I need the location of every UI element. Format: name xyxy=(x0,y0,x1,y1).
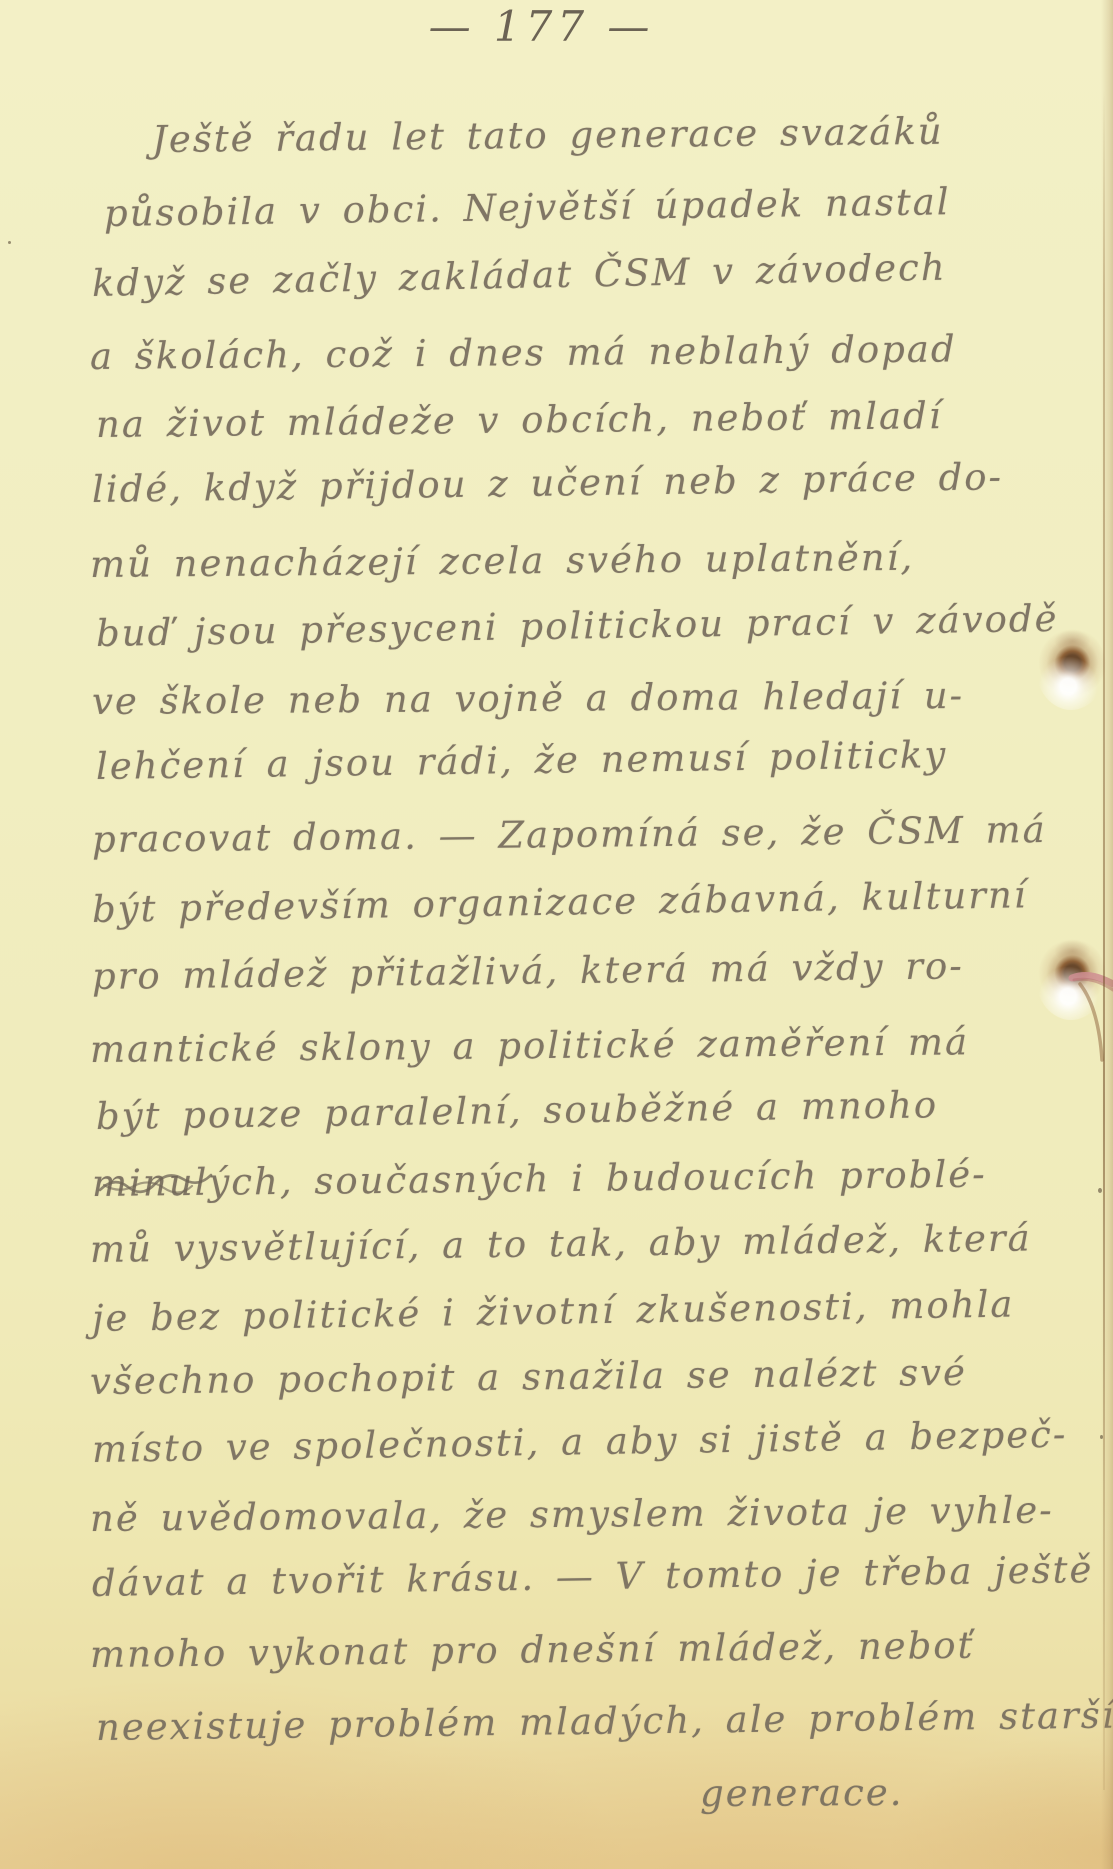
handwritten-line: dávat a tvořit krásu. — V tomto je třeba… xyxy=(92,1548,1094,1605)
handwritten-line: minulých, současných i budoucích problé- xyxy=(92,1153,987,1205)
handwritten-line: Ještě řadu let tato generace svazáků xyxy=(152,110,944,161)
handwritten-line: být pouze paralelní, souběžné a mnoho xyxy=(96,1083,939,1138)
handwritten-line: mnoho vykonat pro dnešní mládež, neboť xyxy=(90,1624,975,1676)
paper-speck xyxy=(1100,1435,1103,1439)
handwritten-line: pracovat doma. — Zapomíná se, že ČSM má xyxy=(92,808,1047,861)
paper-speck xyxy=(1098,1188,1102,1193)
handwritten-line: když se začly zakládat ČSM v závodech xyxy=(92,246,947,305)
handwritten-line: být především organizace zábavná, kultur… xyxy=(92,873,1028,931)
handwritten-line: na život mládeže v obcích, neboť mladí xyxy=(96,394,943,446)
paper-speck xyxy=(8,241,11,244)
page-edge-line xyxy=(1103,90,1105,1790)
handwritten-line: a školách, což i dnes má neblahý dopad xyxy=(90,327,957,378)
punch-hole xyxy=(1036,626,1106,710)
page-number: — 177 — xyxy=(0,2,1083,51)
punch-hole xyxy=(1036,936,1106,1020)
handwritten-line: mantické sklony a politické zaměření má xyxy=(90,1020,969,1071)
handwritten-line: mů vysvětlující, a to tak, aby mládež, k… xyxy=(90,1216,1032,1271)
handwritten-line: lidé, když přijdou z učení neb z práce d… xyxy=(92,455,1004,511)
handwritten-line: je bez politické i životní zkušenosti, m… xyxy=(92,1283,1015,1340)
handwritten-line: působila v obci. Největší úpadek nastal xyxy=(104,180,951,235)
handwritten-line: buď jsou přesyceni politickou prací v zá… xyxy=(96,597,1059,655)
handwritten-line: všechno pochopit a snažila se nalézt své xyxy=(90,1351,967,1403)
handwritten-line: lehčení a jsou rádi, že nemusí politicky xyxy=(96,733,948,788)
handwritten-line: mů nenacházejí zcela svého uplatnění, xyxy=(90,536,915,586)
handwritten-line: neexistuje problém mladých, ale problém … xyxy=(96,1694,1113,1749)
handwritten-line-signature: generace. xyxy=(700,1771,904,1815)
handwritten-line: ve škole neb na vojně a doma hledají u- xyxy=(92,674,964,723)
handwritten-line: ně uvědomovala, že smyslem života je vyh… xyxy=(90,1489,1054,1540)
handwritten-line: pro mládež přitažlivá, která má vždy ro- xyxy=(92,944,964,998)
scanned-manuscript-page: — 177 — Ještě řadu let tato generace sva… xyxy=(0,0,1113,1869)
handwritten-line: místo ve společnosti, a aby si jistě a b… xyxy=(92,1413,1068,1471)
